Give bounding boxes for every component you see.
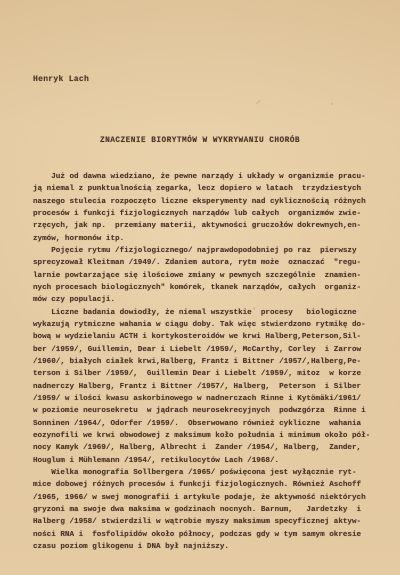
text-line: larnie powtarzające się ilościowe zmiany… [33,270,381,282]
text-line: Pojęcie rytmu /fizjologicznego/ najprawd… [33,245,381,257]
text-line: /1960/, białych ciałek krwi,Halberg, Fra… [33,356,381,368]
text-line: mów czy populacji. [33,294,381,306]
text-line: Houglum i Mühlemann /1954/, retikulocytó… [33,455,381,467]
text-line: ją niemal z punktualnością zegarka, lecz… [33,183,381,195]
text-line: czasu poziom glikogenu i DNA był najniżs… [33,541,381,553]
text-line: ności RNA i fosfolipidów około północy, … [33,529,381,541]
text-line: ber /1959/, Guillemin, Dear i Liebelt /1… [33,344,381,356]
text-line: Sonninen /1964/, Odorfer /1959/. Obserwo… [33,418,381,430]
text-line: nadnerczy Halberg, Frantz i Bittner /195… [33,381,381,393]
paper-speck: · [330,101,334,109]
text-line: Wielka monografia Sollbergera /1965/ poś… [33,467,381,479]
text-line: terson i Silber /1959/, Guillemin Dear i… [33,368,381,380]
text-line: nocy Kamyk /1969/, Halberg, Albrecht i Z… [33,442,381,454]
text-line: procesów i funkcji fizjologicznych narzą… [33,208,381,220]
text-line: Liczne badania dowiodły, że niemal wszys… [33,307,381,319]
text-line: wykazują rytmiczne wahania w ciągu doby.… [33,319,381,331]
document-body: Już od dawna wiedziano, że pewne narządy… [33,171,381,553]
text-line: eozynofili we krwi obwodowej z maksimum … [33,430,381,442]
paper-speck: ⁄ [255,99,262,108]
text-line: /1965, 1966/ w swej monografii i artykul… [33,492,381,504]
document-title: ZNACZENIE BIORYTMÓW W WYKRYWANIU CHORÓB [0,137,400,145]
text-line: /1959/ w ilości kwasu askorbinowego w na… [33,393,381,405]
text-line: Halberg /1958/ stwierdzili w wątrobie my… [33,516,381,528]
author-name: Henryk Lach [33,75,89,84]
paper-speck: ' [252,308,256,316]
text-line: sprecyzował Kleitman /1949/. Zdaniem aut… [33,257,381,269]
text-line: mice dobowej różnych procesów i funkcji … [33,479,381,491]
text-line: naszego stulecia rozpoczęto liczne ekspe… [33,196,381,208]
text-line: w poziomie neurosekretu w jądrach neuros… [33,405,381,417]
scanned-page: Henryk Lach ZNACZENIE BIORYTMÓW W WYKRYW… [0,0,400,575]
text-line: rzęcych, jak np. przemiany materii, akty… [33,220,381,232]
text-line: Już od dawna wiedziano, że pewne narządy… [33,171,381,183]
text-line: nych procesach biologicznych" komórek, t… [33,282,381,294]
text-line: zymów, hormonów itp. [33,233,381,245]
text-line: gryzoni ma swoje dwa maksima w godzinach… [33,504,381,516]
text-line: bową w wydzielaniu ACTH i kortykosteroid… [33,331,381,343]
